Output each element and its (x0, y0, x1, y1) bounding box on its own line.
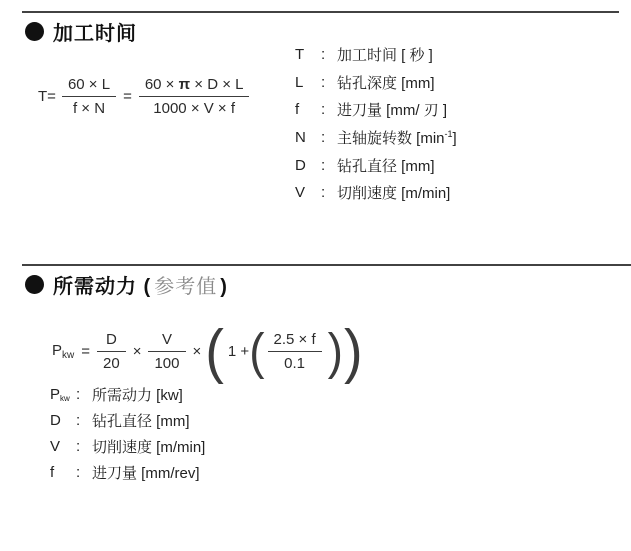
formula-lhs: T= (38, 88, 56, 105)
equals-sign: = (123, 88, 132, 105)
equals-sign: = (81, 343, 90, 360)
fraction-denominator: 100 (148, 352, 185, 372)
bullet-icon (25, 275, 44, 294)
var-description: 主轴旋转数 [min-1] (337, 127, 457, 148)
var-colon: : (321, 157, 337, 174)
var-description: 进刀量 [mm/ 刃 ] (337, 99, 447, 120)
var-row-V: V : 切削速度 [m/min] (50, 433, 205, 459)
fraction-denominator: f × N (62, 97, 116, 117)
var-row-T: T : 加工时间 [ 秒 ] (295, 41, 457, 69)
var-description-text: 主轴旋转数 [min (337, 130, 445, 147)
fraction-denominator: 1000 × V × f (139, 97, 250, 117)
var-symbol: V (50, 438, 76, 455)
formula-lhs: Pkw (52, 342, 74, 361)
fraction: 60 × π × D × L 1000 × V × f (139, 76, 250, 117)
var-colon: : (321, 184, 337, 201)
var-symbol-base: P (50, 386, 60, 403)
numerator-text: 60 × (145, 76, 179, 93)
var-description: 切削速度 [m/min] (337, 182, 450, 203)
section-divider-middle (22, 264, 631, 266)
section-divider-top (22, 11, 619, 13)
fraction-denominator: 0.1 (268, 352, 322, 372)
one-plus-term: 1 + (228, 343, 249, 360)
fraction: 60 × L f × N (62, 76, 116, 117)
lhs-subscript: kw (62, 350, 74, 361)
var-symbol: N (295, 129, 321, 146)
times-sign: × (133, 343, 142, 360)
var-symbol: T (295, 46, 321, 63)
document-page: 加工时间 T= 60 × L f × N = 60 × π × D × L 10… (0, 0, 631, 551)
var-colon: : (76, 464, 92, 481)
var-colon: : (321, 101, 337, 118)
machining-time-formula: T= 60 × L f × N = 60 × π × D × L 1000 × … (38, 74, 252, 118)
fraction-numerator: D (97, 331, 126, 352)
times-sign: × (193, 343, 202, 360)
fraction-numerator: 60 × π × D × L (139, 76, 250, 97)
var-description: 切削速度 [m/min] (92, 436, 205, 457)
var-symbol: D (50, 412, 76, 429)
section-title-main: 所需动力 ( (53, 276, 151, 298)
section-header-required-power: 所需动力 (参考值) (25, 270, 228, 299)
variable-list-machining-time: T : 加工时间 [ 秒 ] L : 钻孔深度 [mm] f : 进刀量 [mm… (295, 41, 457, 207)
var-symbol: V (295, 184, 321, 201)
numerator-text: × D × L (190, 76, 243, 93)
fraction-numerator: 2.5 × f (268, 331, 322, 352)
var-description-text: ] (453, 130, 457, 147)
var-colon: : (76, 386, 92, 403)
var-row-D: D : 钻孔直径 [mm] (295, 151, 457, 179)
var-row-N: N : 主轴旋转数 [min-1] (295, 124, 457, 152)
fraction: D 20 (97, 331, 126, 372)
var-description: 所需动力 [kw] (92, 384, 183, 405)
fraction-denominator: 20 (97, 352, 126, 372)
section-header-machining-time: 加工时间 (25, 17, 137, 46)
var-symbol: Pkw (50, 386, 76, 403)
var-row-L: L : 钻孔深度 [mm] (295, 69, 457, 97)
section-title: 所需动力 (参考值) (53, 270, 228, 299)
bullet-icon (25, 22, 44, 41)
var-description: 进刀量 [mm/rev] (92, 462, 200, 483)
var-description: 钻孔深度 [mm] (337, 72, 435, 93)
var-row-V: V : 切削速度 [m/min] (295, 179, 457, 207)
var-symbol-subscript: kw (60, 394, 70, 403)
fraction-numerator: 60 × L (62, 76, 116, 97)
superscript-exponent: -1 (445, 129, 453, 139)
section-title: 加工时间 (53, 17, 137, 46)
fraction: 2.5 × f 0.1 (268, 331, 322, 372)
var-colon: : (321, 129, 337, 146)
var-row-Pkw: Pkw : 所需动力 [kw] (50, 381, 205, 407)
var-symbol: L (295, 74, 321, 91)
var-colon: : (321, 46, 337, 63)
var-colon: : (76, 412, 92, 429)
var-row-f: f : 进刀量 [mm/ 刃 ] (295, 96, 457, 124)
var-description: 钻孔直径 [mm] (92, 410, 190, 431)
var-colon: : (76, 438, 92, 455)
var-description: 加工时间 [ 秒 ] (337, 44, 433, 65)
var-colon: : (321, 74, 337, 91)
pi-symbol: π (179, 76, 190, 93)
var-row-f: f : 进刀量 [mm/rev] (50, 459, 205, 485)
variable-list-required-power: Pkw : 所需动力 [kw] D : 钻孔直径 [mm] V : 切削速度 [… (50, 381, 205, 485)
required-power-formula: Pkw = D 20 × V 100 × ( 1 + ( 2.5 × f 0.1… (52, 318, 363, 384)
var-symbol: f (50, 464, 76, 481)
var-row-D: D : 钻孔直径 [mm] (50, 407, 205, 433)
fraction: V 100 (148, 331, 185, 372)
fraction-numerator: V (148, 331, 185, 352)
lhs-base: P (52, 342, 62, 359)
var-symbol: D (295, 157, 321, 174)
var-symbol: f (295, 101, 321, 118)
section-title-close: ) (220, 276, 228, 298)
section-title-note: 参考值 (154, 276, 217, 298)
var-description: 钻孔直径 [mm] (337, 155, 435, 176)
